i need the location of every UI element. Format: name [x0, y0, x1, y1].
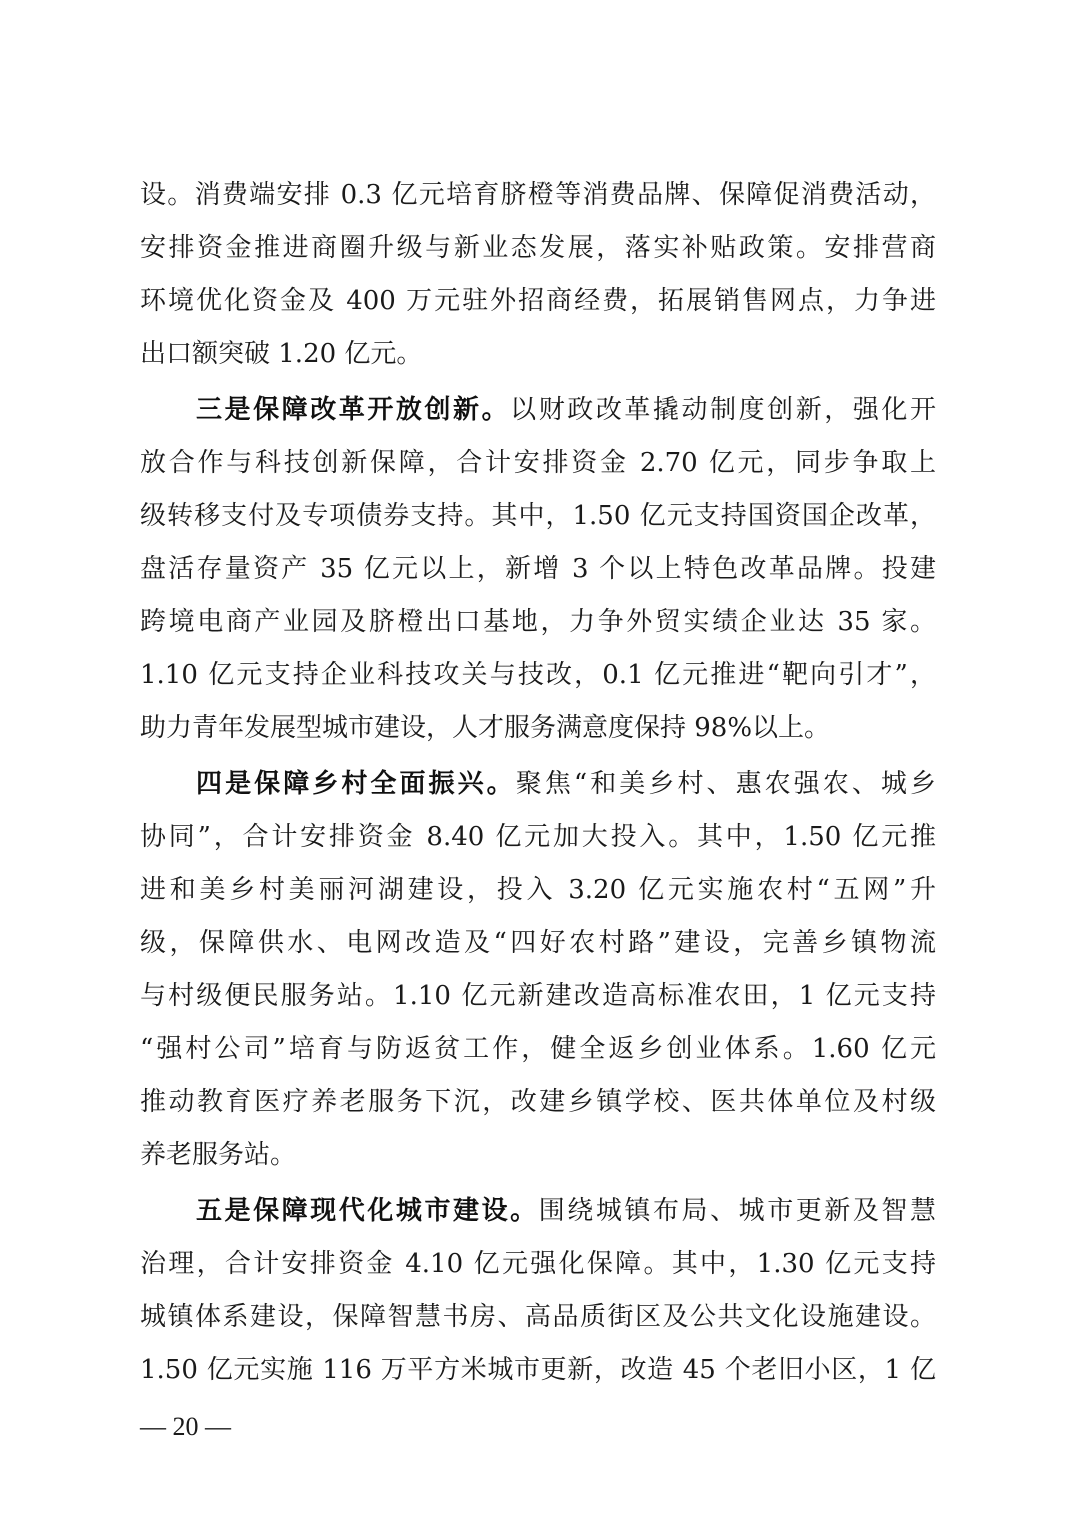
text-line: 安排资金推进商圈升级与新业态发展，落实补贴政策。安排营商	[140, 231, 936, 265]
text-line: “强村公司”培育与防返贫工作，健全返乡创业体系。1.60 亿元	[140, 1032, 936, 1066]
section-heading-urban: 五是保障现代化城市建设。	[196, 1196, 539, 1226]
text-span: 以财政改革撬动制度创新，强化开	[510, 395, 936, 425]
section-heading-line: 三是保障改革开放创新。以财政改革撬动制度创新，强化开	[196, 393, 936, 427]
text-line: 级转移支付及专项债券支持。其中，1.50 亿元支持国资国企改革，	[140, 499, 936, 533]
section-heading-reform: 三是保障改革开放创新。	[196, 395, 510, 425]
text-line: 设。消费端安排 0.3 亿元培育脐橙等消费品牌、保障促消费活动，	[140, 178, 936, 212]
text-line: 与村级便民服务站。1.10 亿元新建改造高标准农田，1 亿元支持	[140, 979, 936, 1013]
text-line: 出口额突破 1.20 亿元。	[140, 337, 936, 371]
text-line: 协同”，合计安排资金 8.40 亿元加大投入。其中，1.50 亿元推	[140, 820, 936, 854]
text-line: 跨境电商产业园及脐橙出口基地，力争外贸实绩企业达 35 家。	[140, 605, 936, 639]
text-line: 治理，合计安排资金 4.10 亿元强化保障。其中，1.30 亿元支持	[140, 1247, 936, 1281]
text-line: 助力青年发展型城市建设，人才服务满意度保持 98%以上。	[140, 711, 936, 745]
text-line: 放合作与科技创新保障，合计安排资金 2.70 亿元，同步争取上	[140, 446, 936, 480]
text-line: 养老服务站。	[140, 1138, 936, 1172]
text-line: 城镇体系建设，保障智慧书房、高品质街区及公共文化设施建设。	[140, 1300, 936, 1334]
section-heading-line: 四是保障乡村全面振兴。聚焦“和美乡村、惠农强农、城乡	[196, 767, 936, 801]
document-page: 设。消费端安排 0.3 亿元培育脐橙等消费品牌、保障促消费活动， 安排资金推进商…	[0, 0, 1074, 1520]
text-line: 1.50 亿元实施 116 万平方米城市更新，改造 45 个老旧小区，1 亿	[140, 1353, 936, 1387]
text-line: 进和美乡村美丽河湖建设，投入 3.20 亿元实施农村“五网”升	[140, 873, 936, 907]
text-span: 聚焦“和美乡村、惠农强农、城乡	[516, 769, 936, 799]
text-line: 1.10 亿元支持企业科技攻关与技改，0.1 亿元推进“靶向引才”，	[140, 658, 936, 692]
section-heading-line: 五是保障现代化城市建设。围绕城镇布局、城市更新及智慧	[196, 1194, 936, 1228]
text-line: 级，保障供水、电网改造及“四好农村路”建设，完善乡镇物流	[140, 926, 936, 960]
page-number: — 20 —	[140, 1412, 231, 1442]
section-heading-rural: 四是保障乡村全面振兴。	[196, 769, 516, 799]
text-line: 环境优化资金及 400 万元驻外招商经费，拓展销售网点，力争进	[140, 284, 936, 318]
text-span: 围绕城镇布局、城市更新及智慧	[539, 1196, 936, 1226]
text-line: 推动教育医疗养老服务下沉，改建乡镇学校、医共体单位及村级	[140, 1085, 936, 1119]
text-line: 盘活存量资产 35 亿元以上，新增 3 个以上特色改革品牌。投建	[140, 552, 936, 586]
